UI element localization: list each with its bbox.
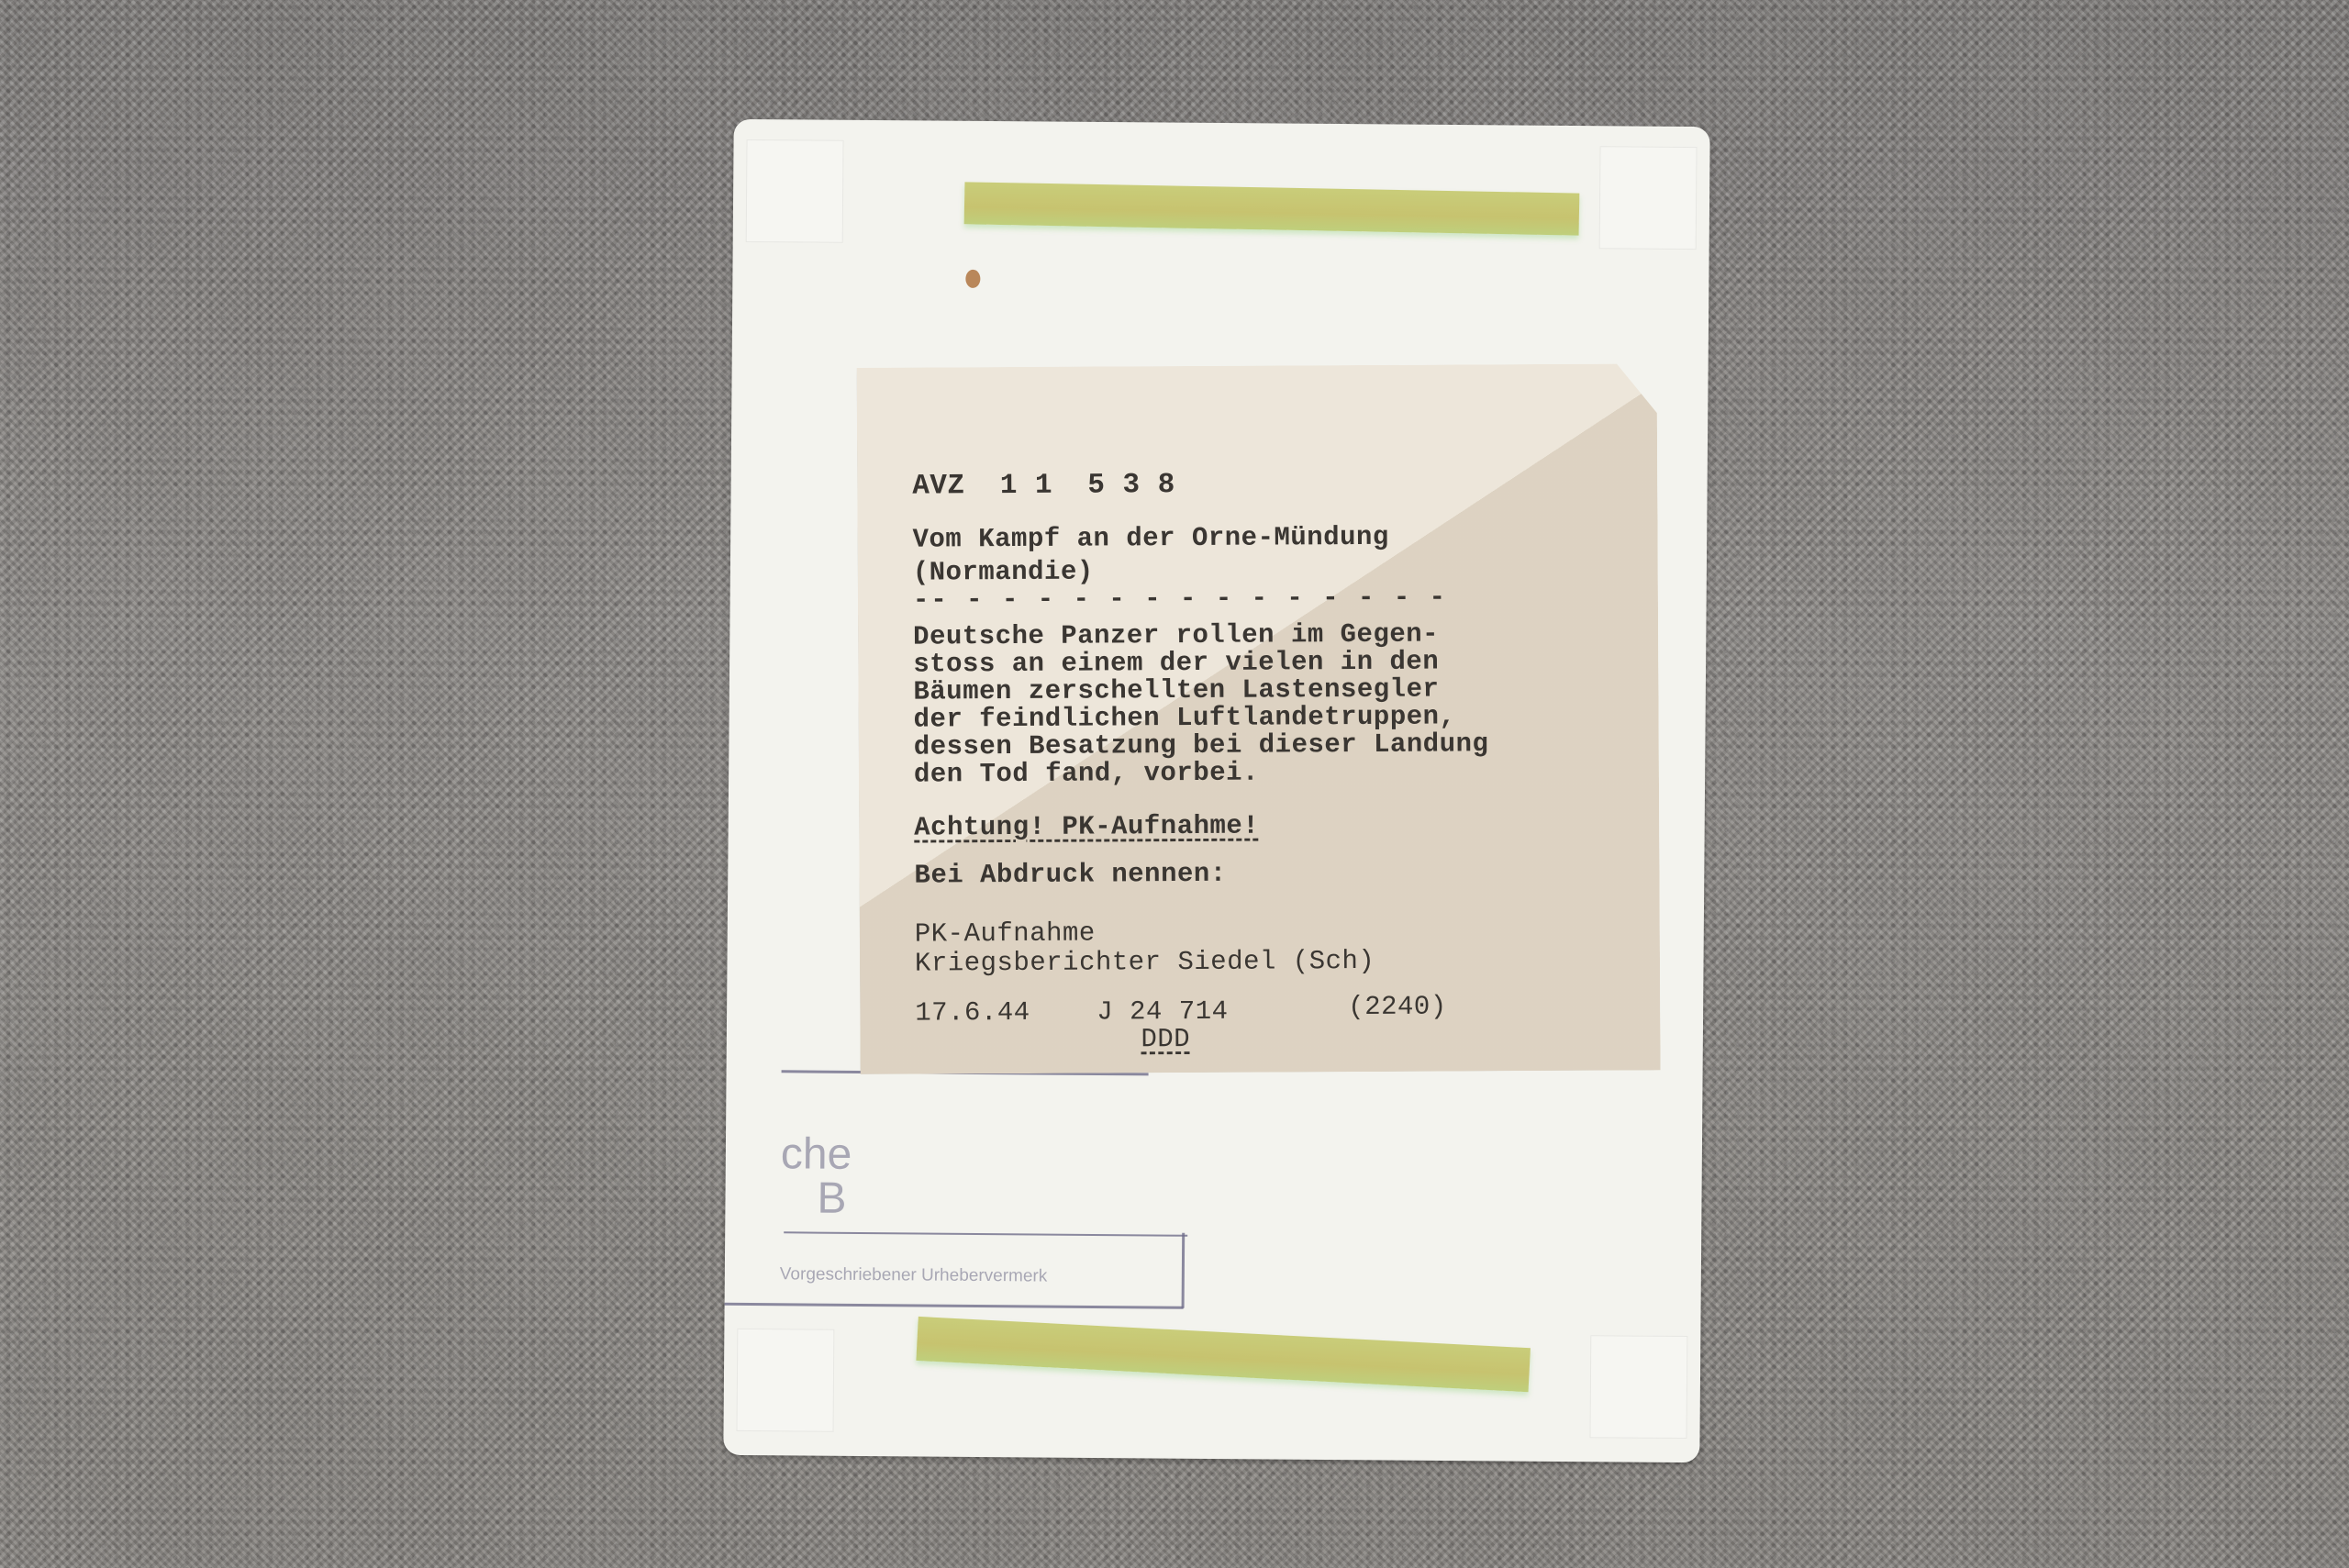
archive-number: AVZ 1 1 5 3 8 — [912, 469, 1175, 503]
caption-body-line6: den Tod fand, vorbei. — [914, 757, 1259, 792]
caption-separator: -- - - - - - - - - - - - - - - — [913, 582, 1447, 617]
credit-line2: Kriegsberichter Siedel (Sch) — [915, 945, 1375, 981]
corner-mount-bottom-right — [1589, 1335, 1687, 1439]
tape-strip-bottom — [916, 1317, 1531, 1392]
stamp-box-edge — [1182, 1233, 1186, 1308]
caption-date: 17.6.44 — [915, 996, 1030, 1030]
stamp-rule-mid — [784, 1231, 1187, 1236]
corner-mount-top-right — [1599, 146, 1698, 250]
caption-title-line1: Vom Kampf an der Orne-Mündung — [912, 521, 1388, 557]
stamp-fragment-1: che — [781, 1129, 852, 1180]
stamp-fragment-2: B — [817, 1173, 846, 1224]
caption-warning: Achtung! PK-Aufnahme! — [914, 810, 1259, 845]
stamp-footer-text: Vorgeschriebener Urhebervermerk — [780, 1264, 1048, 1286]
credit-prompt: Bei Abdruck nennen: — [914, 858, 1226, 893]
corner-mount-top-left — [746, 139, 844, 243]
caption-code: (2240) — [1348, 991, 1447, 1025]
caption-slip: AVZ 1 1 5 3 8 Vom Kampf an der Orne-Münd… — [857, 363, 1661, 1074]
caption-suffix: DDD — [1141, 1023, 1190, 1056]
corner-mount-bottom-left — [737, 1329, 835, 1432]
tape-strip-top — [964, 182, 1580, 235]
stain-spot — [965, 270, 980, 288]
photo-card-back: che B Vorgeschriebener Urhebervermerk AV… — [723, 119, 1709, 1462]
stamp-rule-bottom — [725, 1303, 1184, 1309]
